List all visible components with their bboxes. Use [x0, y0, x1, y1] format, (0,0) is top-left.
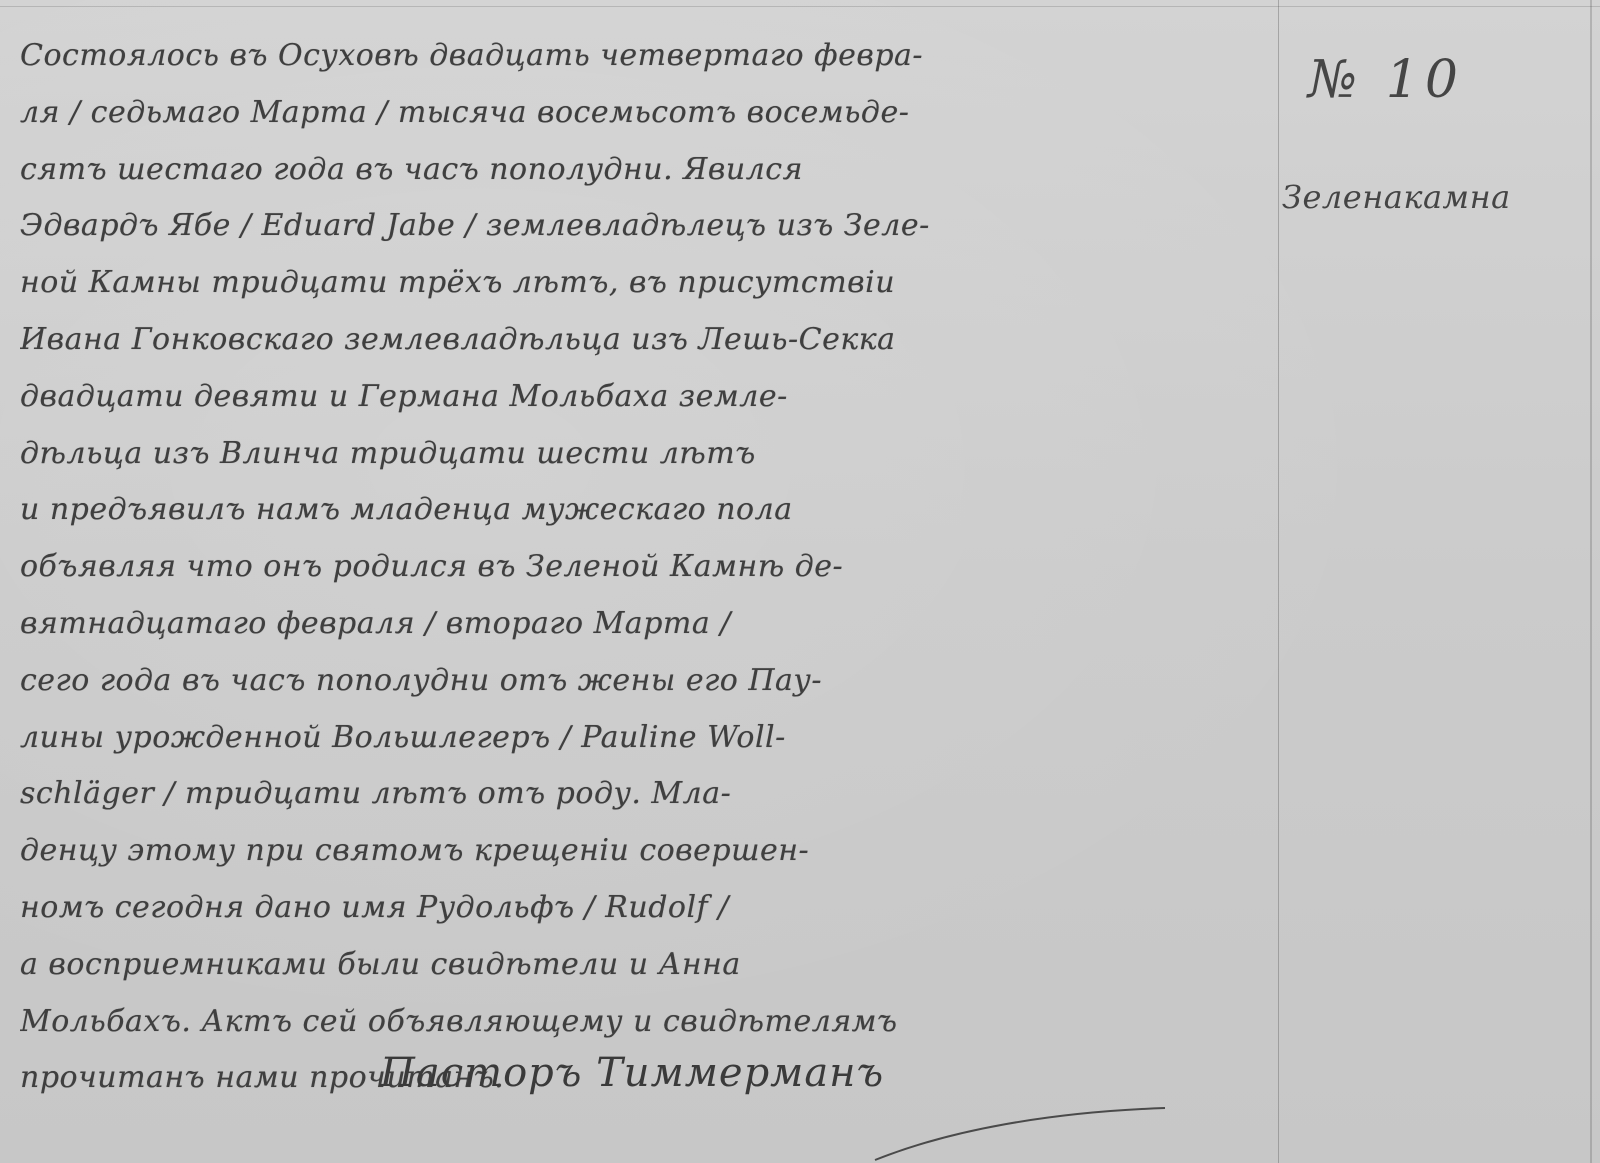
body-line-15: денцу этому при святомъ крещеніи соверше… [20, 823, 1260, 880]
body-line-4: Эдвардъ Ябе / Eduard Jabe / землевладѣле… [20, 198, 1260, 255]
body-line-17: а восприемниками были свидѣтели и Анна [20, 937, 1260, 994]
margin-ruled-line [1278, 0, 1279, 1163]
body-line-3: сятъ шестаго года въ часъ пополудни. Яви… [20, 142, 1260, 199]
margin-column: № 10 Зеленакамна [1282, 0, 1590, 1163]
body-line-16: номъ сегодня дано имя Рудольфъ / Rudolf … [20, 880, 1260, 937]
body-line-18: Мольбахъ. Актъ сей объявляющему и свидѣт… [20, 994, 1260, 1051]
officiant-signature: Пасторъ Тиммерманъ [380, 1050, 884, 1096]
document-page: Состоялось въ Осуховѣ двадцать четвертаг… [0, 0, 1600, 1163]
page-edge-line [1590, 0, 1592, 1163]
body-line-12: сего года въ часъ пополудни отъ жены его… [20, 653, 1260, 710]
record-number: № 10 [1308, 50, 1464, 110]
body-line-9: и предъявилъ намъ младенца мужескаго пол… [20, 482, 1260, 539]
body-line-6: Ивана Гонковскаго землевладѣльца изъ Леш… [20, 312, 1260, 369]
body-line-11: вятнадцатаго февраля / втораго Марта / [20, 596, 1260, 653]
body-line-10: объявляя что онъ родился въ Зеленой Камн… [20, 539, 1260, 596]
body-line-7: двадцати девяти и Германа Мольбаха земле… [20, 369, 1260, 426]
body-line-13: лины урожденной Вольшлегеръ / Pauline Wo… [20, 710, 1260, 767]
body-line-2: ля / седьмаго Марта / тысяча восемьсотъ … [20, 85, 1260, 142]
signature-flourish-icon [870, 1100, 1170, 1163]
body-line-5: ной Камны тридцати трёхъ лѣтъ, въ присут… [20, 255, 1260, 312]
body-line-8: дѣльца изъ Влинча тридцати шести лѣтъ [20, 426, 1260, 483]
body-line-14: schläger / тридцати лѣтъ отъ роду. Мла- [20, 766, 1260, 823]
body-line-1: Состоялось въ Осуховѣ двадцать четвертаг… [20, 28, 1260, 85]
margin-place-name: Зеленакамна [1282, 178, 1511, 216]
record-body: Состоялось въ Осуховѣ двадцать четвертаг… [20, 28, 1260, 1107]
